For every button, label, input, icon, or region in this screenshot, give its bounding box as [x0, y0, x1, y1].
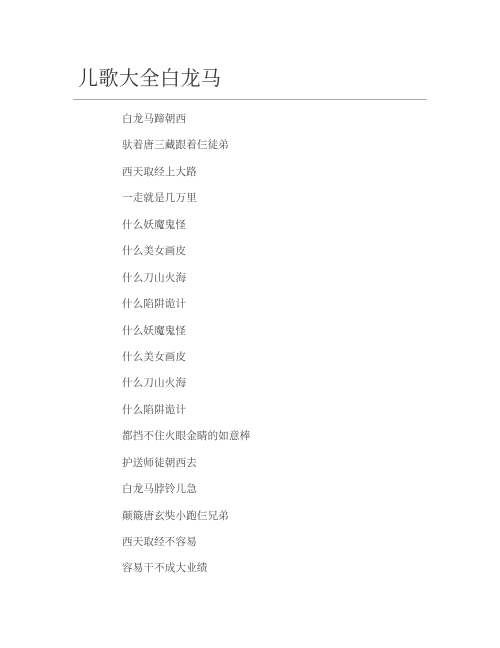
lyric-line: 都挡不住火眼金睛的如意棒: [122, 424, 250, 450]
lyric-line: 西天取经不容易: [122, 530, 250, 556]
lyric-line: 护送师徒朝西去: [122, 451, 250, 477]
lyric-line: 什么美女画皮: [122, 239, 250, 265]
title-underline-rule: [73, 99, 427, 100]
lyric-line: 什么陷阱诡计: [122, 398, 250, 424]
lyric-line: 什么刀山火海: [122, 266, 250, 292]
lyric-line: 什么妖魔鬼怪: [122, 213, 250, 239]
lyric-line: 一走就是几万里: [122, 186, 250, 212]
lyric-line: 白龙马蹄朝西: [122, 107, 250, 133]
lyric-line: 容易干不成大业绩: [122, 556, 250, 582]
lyric-line: 颠簸唐玄奘小跑仨兄弟: [122, 504, 250, 530]
lyric-line: 什么妖魔鬼怪: [122, 319, 250, 345]
lyric-line: 驮着唐三藏跟着仨徒弟: [122, 133, 250, 159]
lyric-line: 西天取经上大路: [122, 160, 250, 186]
lyric-line: 什么美女画皮: [122, 345, 250, 371]
lyric-line: 白龙马脖铃儿急: [122, 477, 250, 503]
lyric-line: 什么陷阱诡计: [122, 292, 250, 318]
lyric-line: 什么刀山火海: [122, 371, 250, 397]
document-page: 儿歌大全白龙马 白龙马蹄朝西驮着唐三藏跟着仨徒弟西天取经上大路一走就是几万里什么…: [0, 0, 500, 648]
lyrics-list: 白龙马蹄朝西驮着唐三藏跟着仨徒弟西天取经上大路一走就是几万里什么妖魔鬼怪什么美女…: [122, 107, 250, 583]
document-title: 儿歌大全白龙马: [78, 66, 222, 92]
